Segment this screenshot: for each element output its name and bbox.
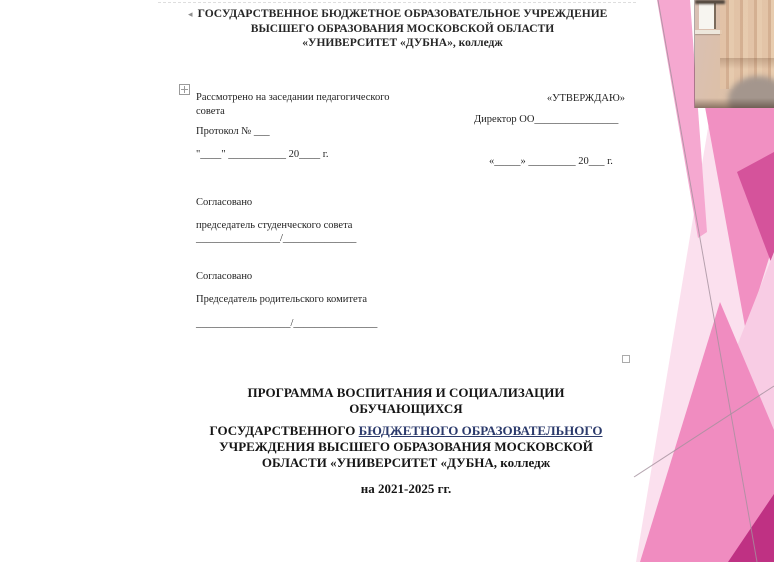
agreement-student-role: председатель студенческого совета — [196, 219, 356, 232]
webcam-curtain — [720, 0, 774, 89]
header-line-1: ГОСУДАРСТВЕННОЕ БЮДЖЕТНОЕ ОБРАЗОВАТЕЛЬНО… — [150, 7, 655, 22]
agreement-parent-label: Согласовано — [196, 270, 377, 283]
header-line-2: ВЫСШЕГО ОБРАЗОВАНИЯ МОСКОВСКОЙ ОБЛАСТИ — [150, 22, 655, 37]
approval-left-block: Рассмотрено на заседании педагогического… — [196, 91, 390, 162]
webcam-bottom-shadow — [695, 98, 774, 108]
agreement-parent-role: Председатель родительского комитета — [196, 293, 377, 306]
agreement-student-signature: ________________/______________ — [196, 232, 356, 245]
agreement-student-label: Согласовано — [196, 196, 356, 209]
approve-date-line: «_____» _________ 20___ г. — [489, 156, 613, 167]
title-line-3-normal: ГОСУДАРСТВЕННОГО — [210, 423, 359, 438]
slide-canvas: ◂ ГОСУДАРСТВЕННОЕ БЮДЖЕТНОЕ ОБРАЗОВАТЕЛЬ… — [0, 0, 774, 562]
title-line-1: ПРОГРАММА ВОСПИТАНИЯ И СОЦИАЛИЗАЦИИ — [150, 385, 662, 401]
approval-left-line-1: Рассмотрено на заседании педагогического — [196, 91, 390, 105]
approve-label: «УТВЕРЖДАЮ» — [460, 93, 625, 104]
document-page: ГОСУДАРСТВЕННОЕ БЮДЖЕТНОЕ ОБРАЗОВАТЕЛЬНО… — [0, 0, 774, 562]
object-anchor-square-icon — [622, 355, 630, 363]
table-move-handle-icon[interactable] — [179, 84, 190, 95]
title-line-2: ОБУЧАЮЩИХСЯ — [150, 401, 662, 417]
director-signature-line: Директор ОО________________ — [474, 114, 618, 125]
approval-left-protocol: Протокол № ___ — [196, 125, 390, 139]
webcam-dark-notch — [695, 0, 725, 4]
title-line-3: ГОСУДАРСТВЕННОГО БЮДЖЕТНОГО ОБРАЗОВАТЕЛЬ… — [150, 423, 662, 439]
approval-left-line-2: совета — [196, 105, 390, 119]
document-header: ГОСУДАРСТВЕННОЕ БЮДЖЕТНОЕ ОБРАЗОВАТЕЛЬНО… — [150, 7, 655, 51]
header-line-3: «УНИВЕРСИТЕТ «ДУБНА», колледж — [150, 36, 655, 51]
program-title-block: ПРОГРАММА ВОСПИТАНИЯ И СОЦИАЛИЗАЦИИ ОБУЧ… — [150, 385, 662, 497]
webcam-video-thumbnail[interactable] — [695, 0, 774, 108]
agreement-parent-signature: __________________/________________ — [196, 317, 377, 330]
title-line-years: на 2021-2025 гг. — [150, 481, 662, 497]
webcam-curtain-fold — [720, 58, 774, 69]
approval-left-date: "____" ___________ 20____ г. — [196, 148, 390, 162]
agreement-student-block: Согласовано председатель студенческого с… — [196, 196, 356, 245]
title-line-4: УЧРЕЖДЕНИЯ ВЫСШЕГО ОБРАЗОВАНИЯ МОСКОВСКО… — [150, 439, 662, 455]
outline-collapse-icon[interactable]: ◂ — [188, 11, 193, 20]
title-line-3-underlined: БЮДЖЕТНОГО ОБРАЗОВАТЕЛЬНОГО — [359, 423, 603, 438]
webcam-window-sill — [695, 30, 722, 34]
title-line-5: ОБЛАСТИ «УНИВЕРСИТЕТ «ДУБНА, колледж — [150, 455, 662, 471]
webcam-window — [699, 3, 716, 29]
agreement-parent-block: Согласовано Председатель родительского к… — [196, 270, 377, 330]
